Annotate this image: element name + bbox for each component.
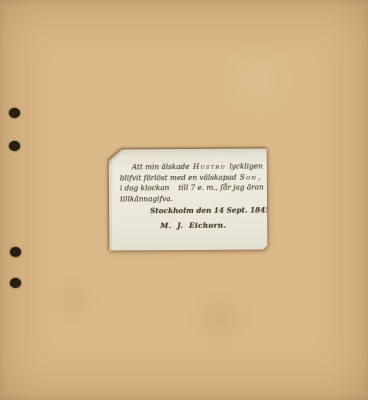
signature: M. J. Eichorn. [160,220,262,231]
line2-word-son: Son [239,172,258,181]
announcement-card-wrapper: Att min älskade Hustru lyckligen blifvit… [109,148,268,250]
scanned-album-page: Att min älskade Hustru lyckligen blifvit… [0,0,368,400]
line2-pre: blifvit förlöst med en välskapad [120,172,237,182]
punch-hole [10,247,21,257]
announcement-line-3: i dag klockantill 7 e. m., får jag äran [120,183,262,195]
line1-post: lyckligen [229,161,262,170]
date-line: Stockholm den 14 Sept. 1845. [150,206,262,217]
line3-post: till 7 e. m., får jag äran [178,183,263,193]
announcement-line-4: tillkännagifva. [120,193,262,205]
punch-hole [9,108,20,118]
punch-hole [10,278,21,288]
announcement-text: Att min älskade Hustru lyckligen blifvit… [120,161,262,232]
line2-post: , [258,172,260,181]
announcement-card: Att min älskade Hustru lyckligen blifvit… [109,148,268,250]
line1-pre: Att min älskade [132,162,190,171]
punch-hole [9,141,20,151]
line3-pre: i dag klockan [120,183,169,192]
announcement-line-1: Att min älskade Hustru lyckligen [120,161,262,173]
line1-word-hustru: Hustru [192,162,227,171]
